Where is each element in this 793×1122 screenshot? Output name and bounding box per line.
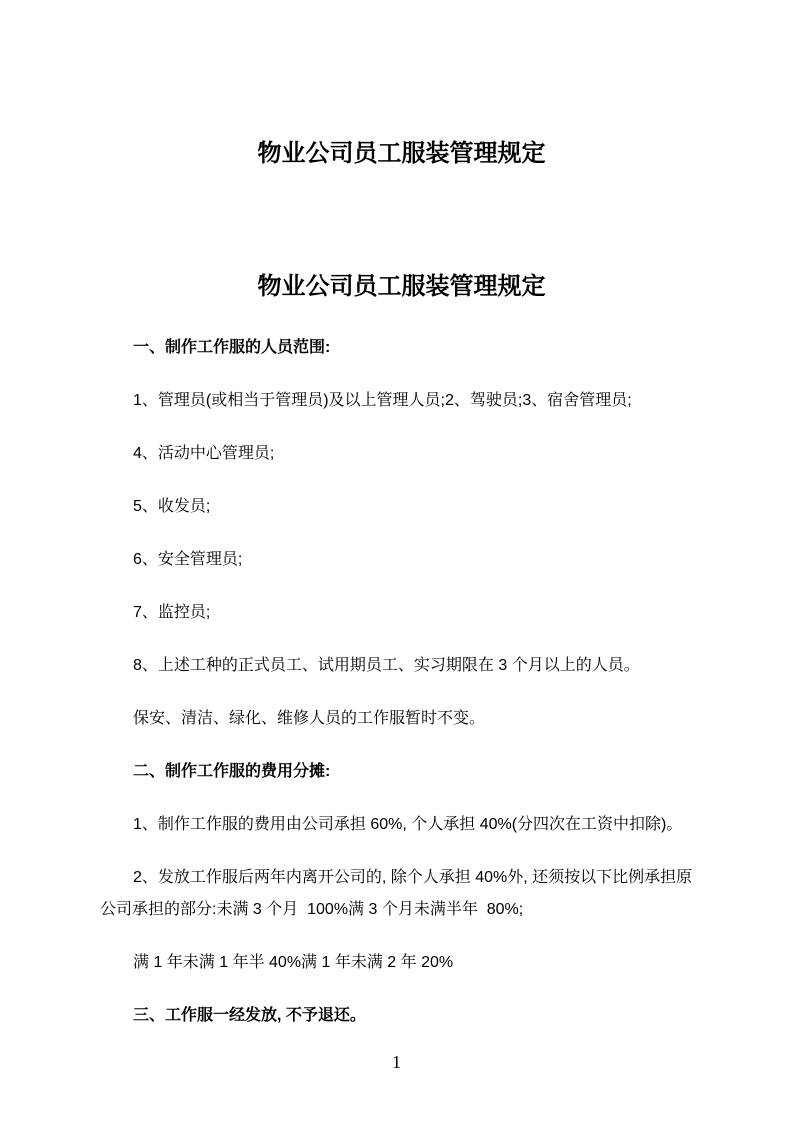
section-2-heading: 二、制作工作服的费用分摊: [100, 756, 703, 788]
cost-sharing-item-3: 满 1 年未满 1 年半 40%满 1 年未满 2 年 20% [100, 947, 703, 979]
section-3-heading: 三、工作服一经发放, 不予退还。 [100, 1000, 703, 1032]
document-body: 一、制作工作服的人员范围: 1、管理员(或相当于管理员)及以上管理人员;2、驾驶… [100, 332, 703, 1032]
item-mail-clerk: 5、收发员; [100, 491, 703, 523]
item-monitor: 7、监控员; [100, 597, 703, 629]
document-page: 物业公司员工服装管理规定 物业公司员工服装管理规定 一、制作工作服的人员范围: … [0, 0, 793, 1122]
document-title: 物业公司员工服装管理规定 [100, 273, 703, 302]
item-activity-center: 4、活动中心管理员; [100, 438, 703, 470]
item-formal-employees: 8、上述工种的正式员工、试用期员工、实习期限在 3 个月以上的人员。 [100, 650, 703, 682]
top-title: 物业公司员工服装管理规定 [100, 140, 703, 169]
item-managers: 1、管理员(或相当于管理员)及以上管理人员;2、驾驶员;3、宿舍管理员; [100, 385, 703, 417]
item-security-admin: 6、安全管理员; [100, 544, 703, 576]
section-1-heading: 一、制作工作服的人员范围: [100, 332, 703, 364]
note-unchanged-uniforms: 保安、清洁、绿化、维修人员的工作服暂时不变。 [100, 703, 703, 735]
page-number: 1 [0, 1052, 793, 1074]
cost-sharing-item-2: 2、发放工作服后两年内离开公司的, 除个人承担 40%外, 还须按以下比例承担原… [100, 862, 703, 926]
document-content: 物业公司员工服装管理规定 物业公司员工服装管理规定 一、制作工作服的人员范围: … [0, 140, 793, 1032]
cost-sharing-item-1: 1、制作工作服的费用由公司承担 60%, 个人承担 40%(分四次在工资中扣除)… [100, 809, 703, 841]
